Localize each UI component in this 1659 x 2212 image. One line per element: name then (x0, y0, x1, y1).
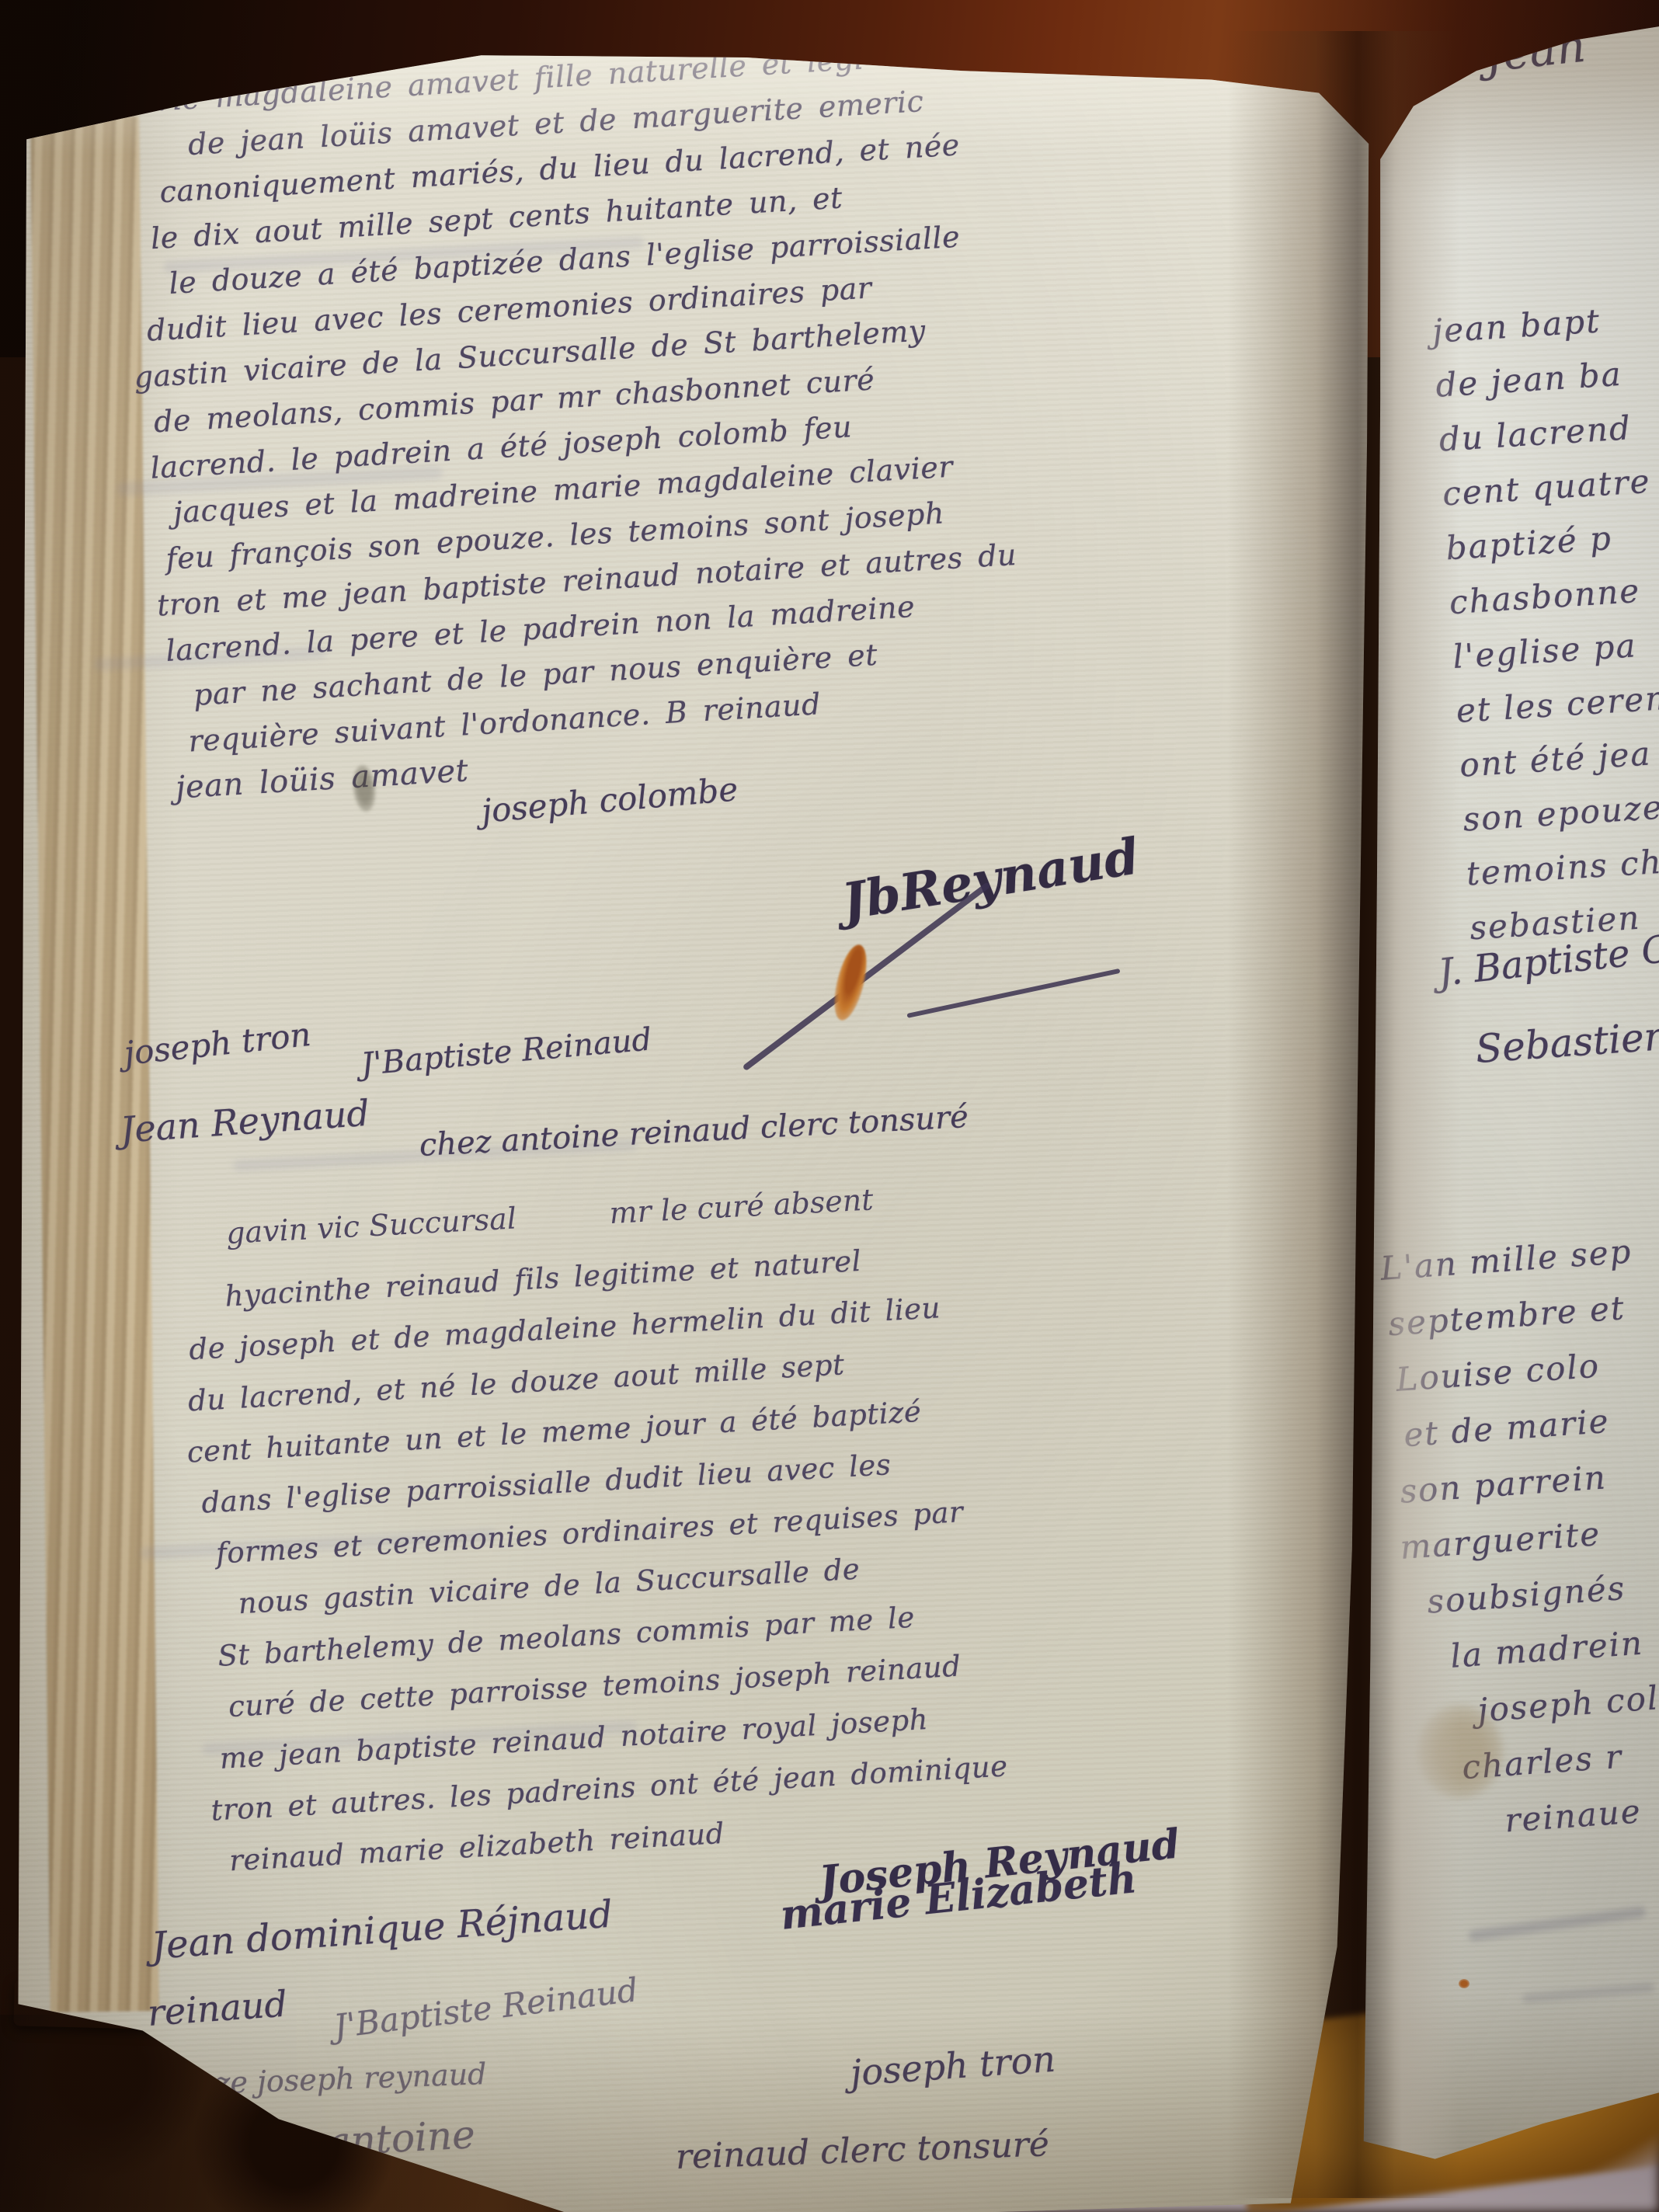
photo-open-parish-register: { "left_page": { "act1": { "lines": [ "m… (0, 0, 1659, 2212)
act2-heading-note: mr le curé absent (608, 1182, 874, 1230)
signature-reinaud-clerc-tonsure: reinaud clerc tonsuré (675, 2124, 1050, 2177)
signature-jb-reynaud-flourish: JbReynaud (838, 827, 1143, 931)
spacer (516, 1223, 610, 1228)
signature-jbaptiste-reinaud-2: J'Baptiste Reinaud (332, 1970, 640, 2046)
faint-pencil-flourish (1522, 1983, 1654, 2004)
rust-ink-blot (828, 941, 872, 1023)
act2-heading-officiant: gavin vic Succursal (225, 1201, 517, 1250)
signature-joseph-tron: joseph tron (122, 1015, 312, 1073)
signature-jean-reynaud: Jean Reynaud (119, 1092, 370, 1151)
faint-pencil-flourish (1468, 1906, 1647, 1942)
tan-stain (1417, 1705, 1503, 1798)
signature-sebastien: Sebastien (1474, 1014, 1659, 1072)
right-act1-entry: jean baptde jean badu lacrendcent quatre… (1431, 290, 1659, 955)
act2-baptism-entry: hyacinthe reinaud fils legitime et natur… (177, 1229, 1012, 1887)
signature-flourish-stroke (906, 969, 1120, 1018)
signature-jbaptiste-reinaud: J'Baptiste Reinaud (360, 1021, 653, 1083)
handwritten-line: reinaue (1503, 1782, 1659, 1849)
small-rust-dot (1459, 1979, 1469, 1988)
signature-chez-antoine-reinaud: chez antoine reinaud clerc tonsuré (419, 1099, 969, 1163)
signature-jean-dominique-reynaud: Jean dominique Réjnaud (150, 1893, 614, 1968)
signature-reinaud: reinaud (146, 1983, 288, 2034)
signature-joseph-tron-2: joseph tron (849, 2038, 1056, 2094)
act1-baptism-entry: marie magdaleine amavet fille naturelle … (110, 29, 1029, 812)
